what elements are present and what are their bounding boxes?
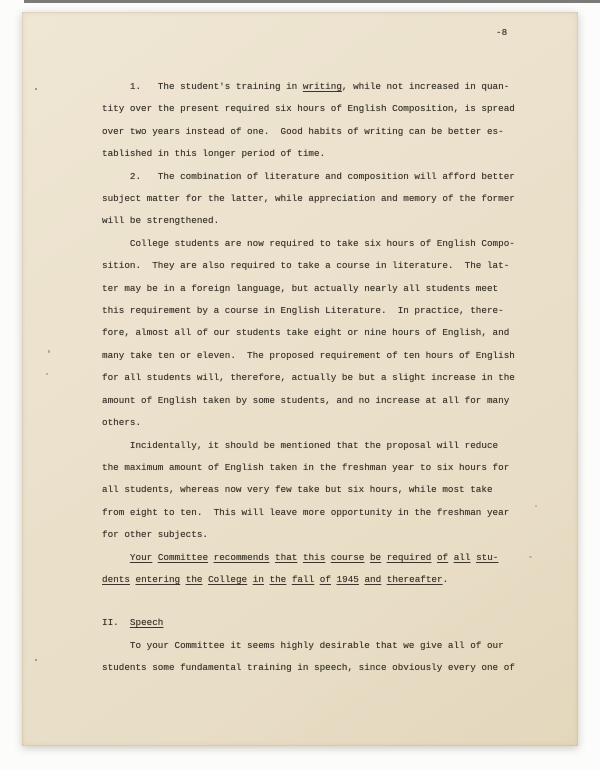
document-line: will be strengthened. bbox=[102, 210, 526, 232]
document-line: for other subjects. bbox=[102, 524, 526, 546]
paper-speck bbox=[535, 505, 537, 507]
document-line: sition. They are also required to take a… bbox=[102, 255, 526, 277]
document-line: students some fundamental training in sp… bbox=[102, 657, 526, 679]
document-line: this requirement by a course in English … bbox=[102, 300, 526, 322]
document-line: others. bbox=[102, 412, 526, 434]
document-line: from eight to ten. This will leave more … bbox=[102, 502, 526, 524]
recommendation-paragraph: Your Committee recommends that this cour… bbox=[102, 547, 526, 592]
document-line: fore, almost all of our students take ei… bbox=[102, 322, 526, 344]
document-line: ter may be in a foreign language, but ac… bbox=[102, 278, 526, 300]
document-page: -8 1. The student's training in writing,… bbox=[22, 12, 578, 746]
document-line: the maximum amount of English taken in t… bbox=[102, 457, 526, 479]
document-line: tablished in this longer period of time. bbox=[102, 143, 526, 165]
paragraph-2: 2. The combination of literature and com… bbox=[102, 166, 526, 233]
document-line: all students, whereas now very few take … bbox=[102, 479, 526, 501]
paragraph-4: Incidentally, it should be mentioned tha… bbox=[102, 435, 526, 547]
document-line: over two years instead of one. Good habi… bbox=[102, 121, 526, 143]
scan-canvas: -8 1. The student's training in writing,… bbox=[0, 0, 600, 770]
document-line: many take ten or eleven. The proposed re… bbox=[102, 345, 526, 367]
document-line: II. Speech bbox=[102, 612, 526, 634]
document-line: To your Committee it seems highly desira… bbox=[102, 635, 526, 657]
paragraph-3: College students are now required to tak… bbox=[102, 233, 526, 435]
scan-edge bbox=[24, 0, 600, 3]
page-number: -8 bbox=[496, 27, 507, 39]
document-line: dents entering the College in the fall o… bbox=[102, 569, 526, 591]
document-line: 1. The student's training in writing, wh… bbox=[102, 76, 526, 98]
paper-speck bbox=[48, 350, 50, 353]
heading-speech: II. Speech bbox=[102, 612, 526, 634]
document-line: amount of English taken by some students… bbox=[102, 390, 526, 412]
paper-speck bbox=[46, 373, 48, 375]
paper-speck bbox=[35, 88, 37, 90]
document-line: subject matter for the latter, while app… bbox=[102, 188, 526, 210]
document-line: tity over the present required six hours… bbox=[102, 98, 526, 120]
paragraph-5: To your Committee it seems highly desira… bbox=[102, 635, 526, 680]
document-line: 2. The combination of literature and com… bbox=[102, 166, 526, 188]
document-line: Incidentally, it should be mentioned tha… bbox=[102, 435, 526, 457]
document-body: 1. The student's training in writing, wh… bbox=[102, 76, 526, 680]
paper-speck bbox=[529, 556, 532, 558]
paragraph-1: 1. The student's training in writing, wh… bbox=[102, 76, 526, 166]
document-line: for all students will, therefore, actual… bbox=[102, 367, 526, 389]
document-line: College students are now required to tak… bbox=[102, 233, 526, 255]
paper-speck bbox=[35, 659, 37, 661]
document-line: Your Committee recommends that this cour… bbox=[102, 547, 526, 569]
